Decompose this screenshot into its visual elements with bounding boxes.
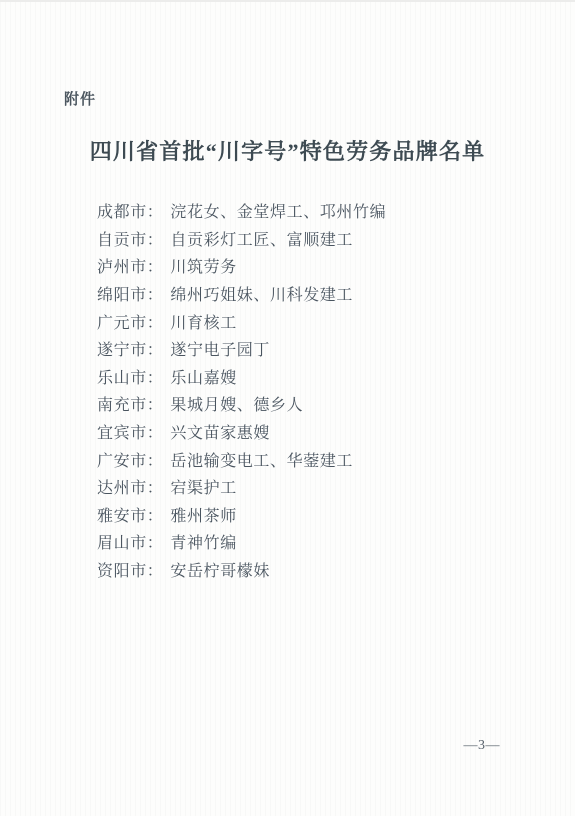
brand-list-row: 南充市： 果城月嫂、德乡人 bbox=[97, 390, 535, 418]
city-label: 成都市： bbox=[97, 199, 163, 222]
city-label: 雅安市： bbox=[97, 503, 163, 526]
city-label: 乐山市： bbox=[97, 365, 163, 388]
brand-names: 自贡彩灯工匠、富顺建工 bbox=[170, 227, 353, 250]
city-label: 自贡市： bbox=[97, 227, 163, 250]
brand-list: 成都市： 浣花女、金堂焊工、邛州竹编 自贡市： 自贡彩灯工匠、富顺建工 泸州市：… bbox=[97, 197, 535, 583]
page-number: —3— bbox=[464, 738, 501, 754]
brand-list-row: 广安市： 岳池输变电工、华蓥建工 bbox=[97, 445, 535, 473]
brand-names: 遂宁电子园丁 bbox=[170, 337, 270, 360]
brand-names: 雅州茶师 bbox=[170, 503, 236, 526]
brand-names: 岳池输变电工、华蓥建工 bbox=[170, 448, 353, 471]
brand-list-row: 乐山市： 乐山嘉嫂 bbox=[97, 363, 535, 391]
brand-list-row: 成都市： 浣花女、金堂焊工、邛州竹编 bbox=[97, 197, 535, 225]
brand-names: 绵州巧姐妹、川科发建工 bbox=[170, 282, 353, 305]
brand-list-row: 眉山市： 青神竹编 bbox=[97, 528, 535, 556]
city-label: 广元市： bbox=[97, 310, 163, 333]
brand-list-row: 遂宁市： 遂宁电子园丁 bbox=[97, 335, 535, 363]
city-label: 资阳市： bbox=[97, 558, 163, 581]
brand-names: 青神竹编 bbox=[170, 530, 236, 553]
brand-names: 乐山嘉嫂 bbox=[170, 365, 236, 388]
brand-list-row: 泸州市： 川筑劳务 bbox=[97, 252, 535, 280]
brand-list-row: 资阳市： 安岳柠哥檬妹 bbox=[97, 556, 535, 584]
brand-names: 果城月嫂、德乡人 bbox=[170, 392, 303, 415]
city-label: 绵阳市： bbox=[97, 282, 163, 305]
brand-list-row: 达州市： 宕渠护工 bbox=[97, 473, 535, 501]
brand-list-row: 广元市： 川育核工 bbox=[97, 307, 535, 335]
city-label: 眉山市： bbox=[97, 530, 163, 553]
city-label: 广安市： bbox=[97, 448, 163, 471]
scanned-document-page: 附件 四川省首批“川字号”特色劳务品牌名单 成都市： 浣花女、金堂焊工、邛州竹编… bbox=[0, 0, 575, 816]
brand-names: 安岳柠哥檬妹 bbox=[170, 558, 270, 581]
brand-list-row: 宜宾市： 兴文苗家惠嫂 bbox=[97, 418, 535, 446]
brand-list-row: 自贡市： 自贡彩灯工匠、富顺建工 bbox=[97, 225, 535, 253]
brand-names: 兴文苗家惠嫂 bbox=[170, 420, 270, 443]
city-label: 宜宾市： bbox=[97, 420, 163, 443]
brand-names: 浣花女、金堂焊工、邛州竹编 bbox=[170, 199, 386, 222]
city-label: 达州市： bbox=[97, 475, 163, 498]
brand-names: 川筑劳务 bbox=[170, 254, 236, 277]
page-title: 四川省首批“川字号”特色劳务品牌名单 bbox=[0, 135, 575, 166]
brand-names: 宕渠护工 bbox=[170, 475, 236, 498]
brand-list-row: 绵阳市： 绵州巧姐妹、川科发建工 bbox=[97, 280, 535, 308]
brand-names: 川育核工 bbox=[170, 310, 236, 333]
brand-list-row: 雅安市： 雅州茶师 bbox=[97, 501, 535, 529]
city-label: 泸州市： bbox=[97, 254, 163, 277]
attachment-label: 附件 bbox=[64, 88, 96, 109]
city-label: 南充市： bbox=[97, 392, 163, 415]
city-label: 遂宁市： bbox=[97, 337, 163, 360]
